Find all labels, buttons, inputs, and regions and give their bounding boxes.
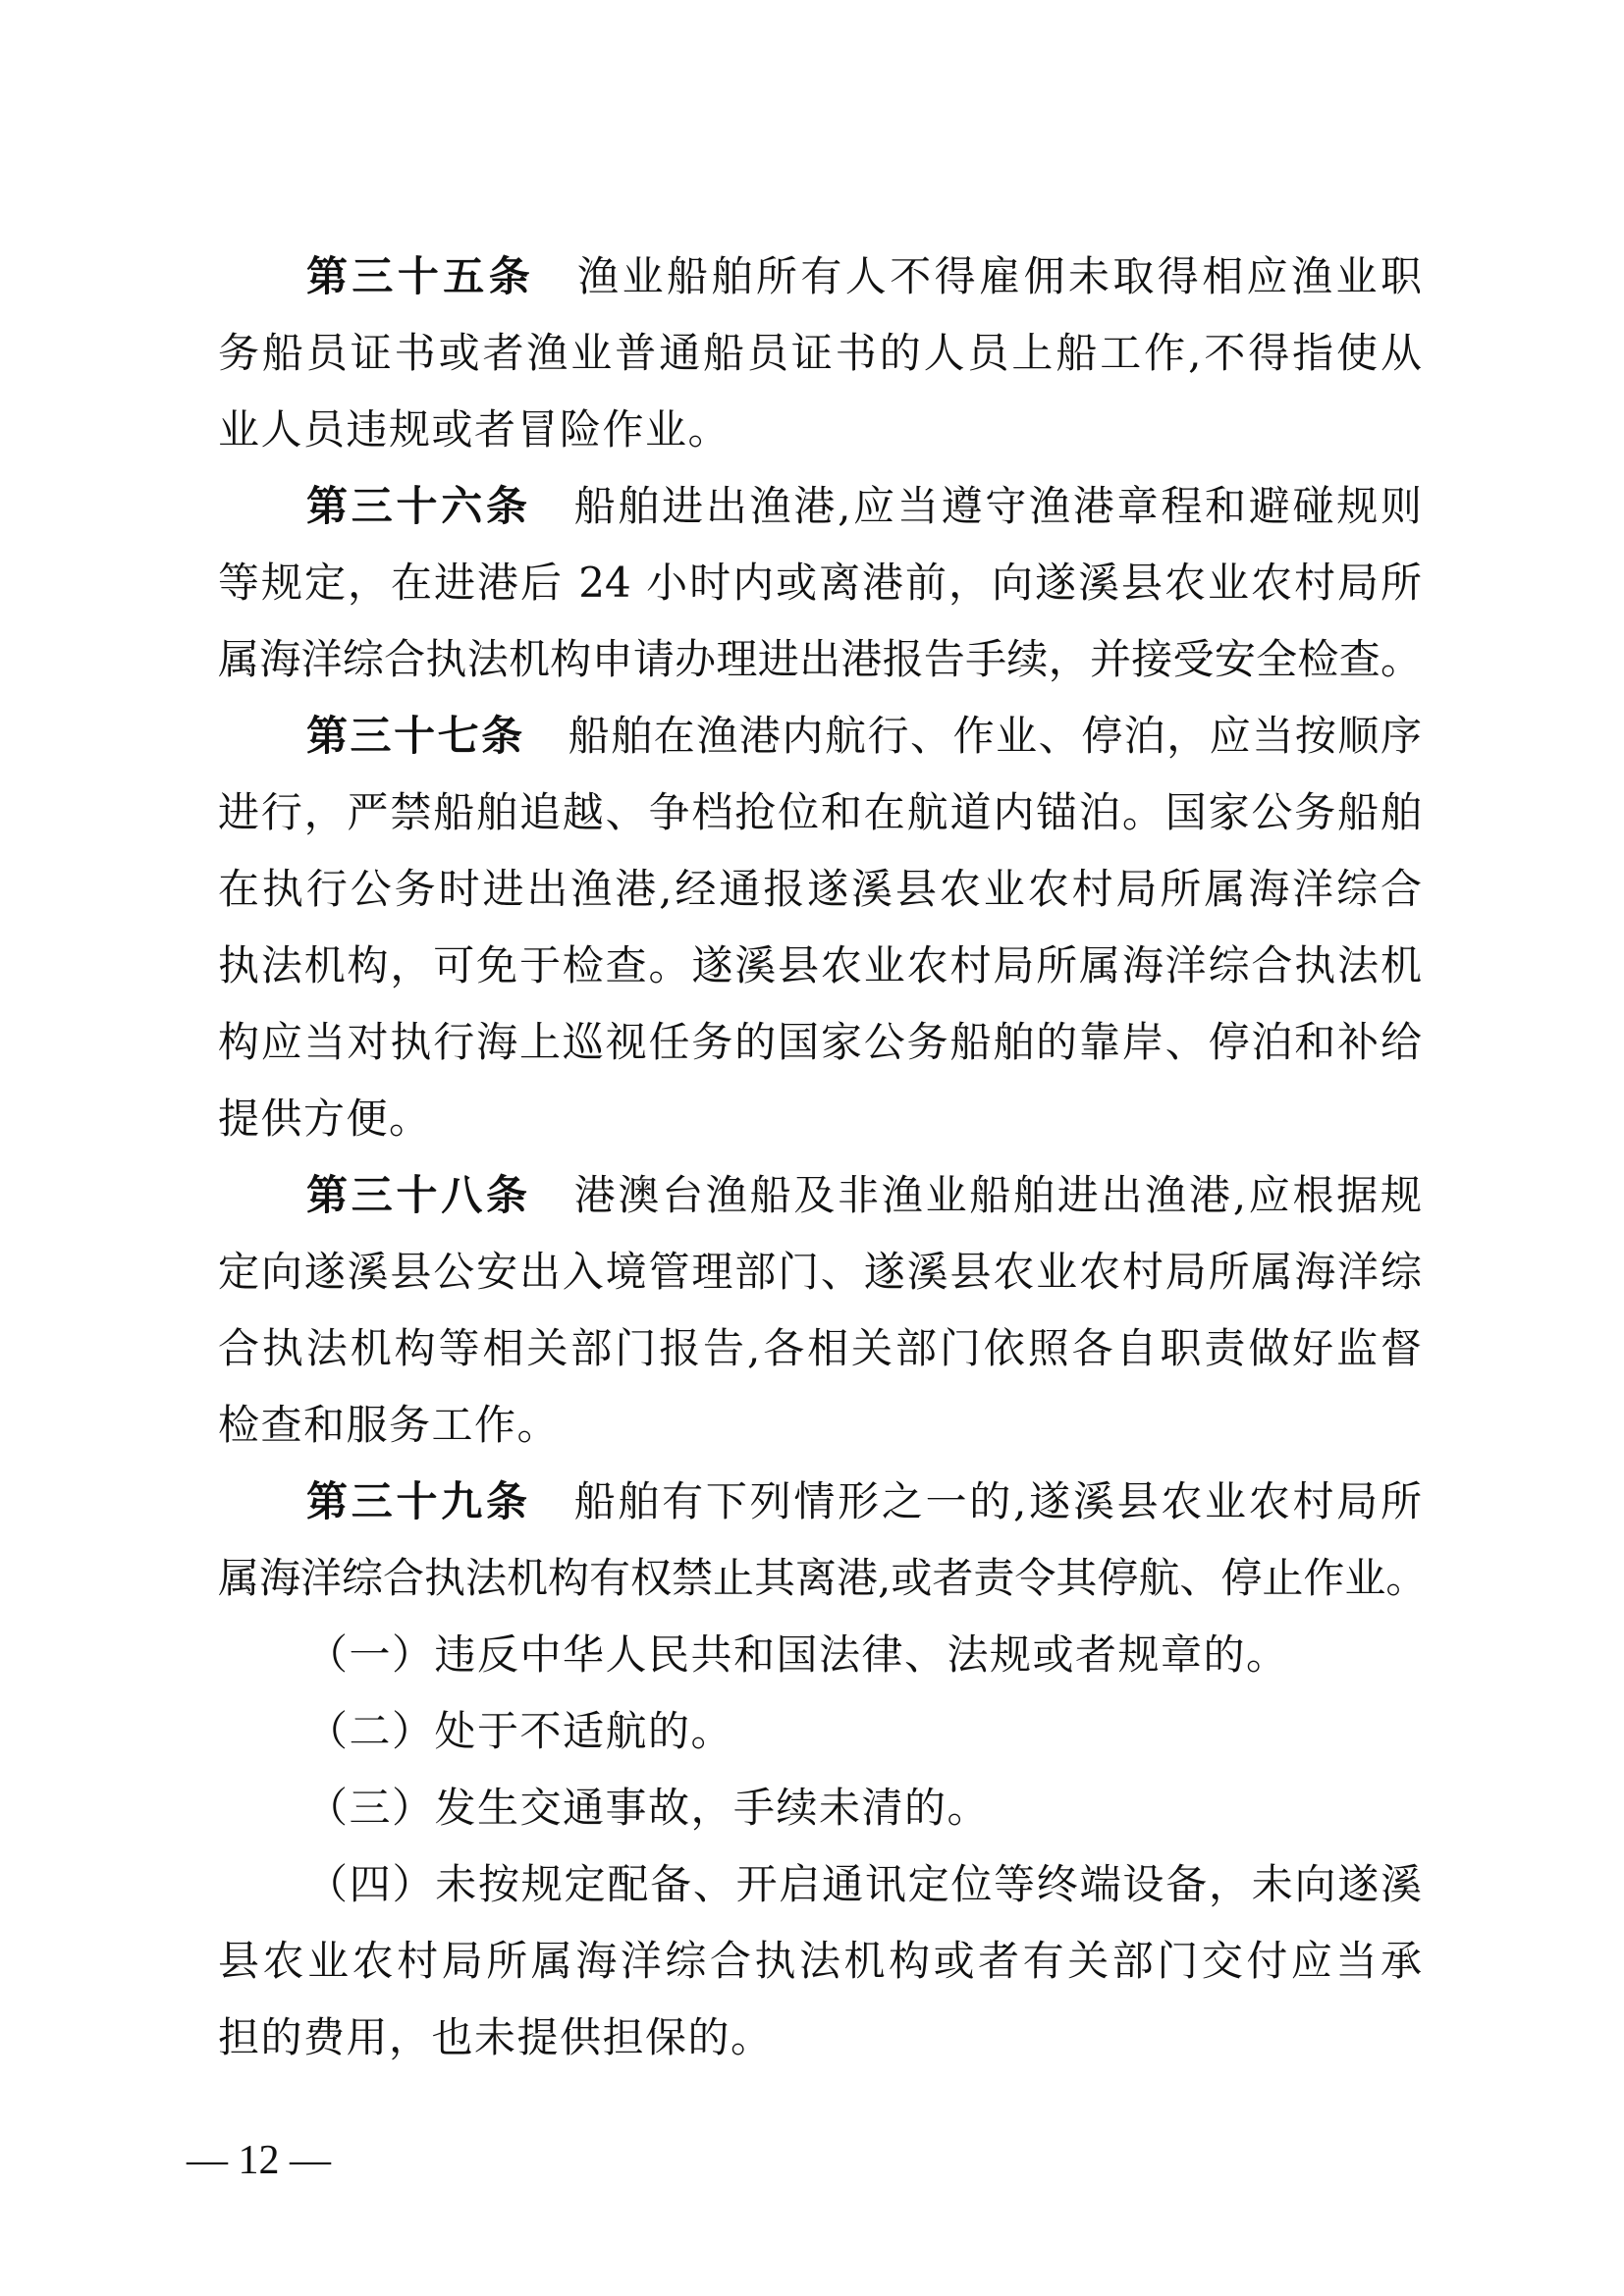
document-page: 第三十五条渔业船舶所有人不得雇佣未取得相应渔业职 务船员证书或者渔业普通船员证书… xyxy=(0,0,1624,2296)
article-36-line-3: 属海洋综合执法机构申请办理进出港报告手续，并接受安全检查。 xyxy=(218,621,1422,698)
article-35-line-2: 务船员证书或者渔业普通船员证书的人员上船工作,不得指使从 xyxy=(218,315,1422,392)
article-heading: 第三十九条 xyxy=(306,1477,531,1525)
page-number: — 12 — xyxy=(187,2138,331,2183)
article-38-line-2: 定向遂溪县公安出入境管理部门、遂溪县农业农村局所属海洋综 xyxy=(218,1234,1422,1310)
article-37-line-3: 在执行公务时进出渔港,经通报遂溪县农业农村局所属海洋综合 xyxy=(218,851,1422,928)
article-heading: 第三十七条 xyxy=(306,712,525,760)
article-36-line-2: 等规定，在进港后 24 小时内或离港前，向遂溪县农业农村局所 xyxy=(218,545,1422,621)
article-37-line-1: 第三十七条船舶在渔港内航行、作业、停泊，应当按顺序 xyxy=(218,698,1422,774)
article-35-line-1: 第三十五条渔业船舶所有人不得雇佣未取得相应渔业职 xyxy=(218,239,1422,315)
article-39-item-3: （三）发生交通事故，手续未清的。 xyxy=(218,1770,1422,1846)
article-text: 渔业船舶所有人不得雇佣未取得相应渔业职 xyxy=(577,252,1422,300)
article-37-line-4: 执法机构，可免于检查。遂溪县农业农村局所属海洋综合执法机 xyxy=(218,928,1422,1004)
article-36-line-1: 第三十六条船舶进出渔港,应当遵守渔港章程和避碰规则 xyxy=(218,468,1422,545)
article-text: 港澳台渔船及非渔业船舶进出渔港,应根据规 xyxy=(574,1171,1422,1219)
article-39-item-4-line-3: 担的费用，也未提供担保的。 xyxy=(218,2000,1422,2076)
article-39-line-2: 属海洋综合执法机构有权禁止其离港,或者责令其停航、停止作业。 xyxy=(218,1540,1422,1617)
article-39-item-2: （二）处于不适航的。 xyxy=(218,1693,1422,1770)
article-39-item-4-line-1: （四）未按规定配备、开启通讯定位等终端设备，未向遂溪 xyxy=(218,1846,1422,1923)
article-37-line-5: 构应当对执行海上巡视任务的国家公务船舶的靠岸、停泊和补给 xyxy=(218,1004,1422,1081)
document-body: 第三十五条渔业船舶所有人不得雇佣未取得相应渔业职 务船员证书或者渔业普通船员证书… xyxy=(218,239,1422,2076)
article-heading: 第三十八条 xyxy=(306,1171,531,1219)
article-37-line-6: 提供方便。 xyxy=(218,1081,1422,1157)
article-35-line-3: 业人员违规或者冒险作业。 xyxy=(218,392,1422,468)
article-37-line-2: 进行，严禁船舶追越、争档抢位和在航道内锚泊。国家公务船舶 xyxy=(218,774,1422,851)
article-text: 船舶在渔港内航行、作业、停泊，应当按顺序 xyxy=(568,712,1422,760)
article-39-line-1: 第三十九条船舶有下列情形之一的,遂溪县农业农村局所 xyxy=(218,1464,1422,1540)
article-heading: 第三十六条 xyxy=(306,482,531,530)
article-38-line-4: 检查和服务工作。 xyxy=(218,1387,1422,1464)
article-39-item-4-line-2: 县农业农村局所属海洋综合执法机构或者有关部门交付应当承 xyxy=(218,1923,1422,2000)
article-38-line-1: 第三十八条港澳台渔船及非渔业船舶进出渔港,应根据规 xyxy=(218,1157,1422,1234)
article-text: 船舶有下列情形之一的,遂溪县农业农村局所 xyxy=(574,1477,1422,1525)
article-heading: 第三十五条 xyxy=(306,252,534,300)
article-39-item-1: （一）违反中华人民共和国法律、法规或者规章的。 xyxy=(218,1617,1422,1693)
article-38-line-3: 合执法机构等相关部门报告,各相关部门依照各自职责做好监督 xyxy=(218,1310,1422,1387)
article-text: 船舶进出渔港,应当遵守渔港章程和避碰规则 xyxy=(574,482,1422,530)
